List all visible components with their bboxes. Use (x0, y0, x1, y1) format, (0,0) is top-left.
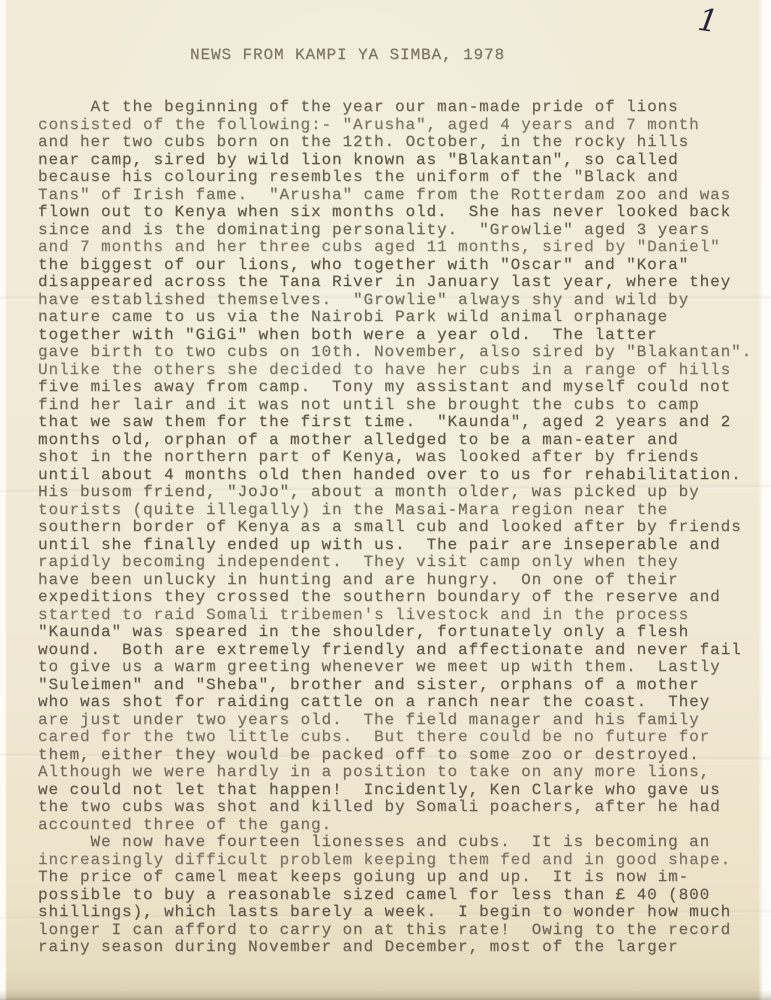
document-line: we could not let that happen! Incidently… (38, 782, 757, 800)
document-line: until about 4 months old then handed ove… (38, 467, 757, 485)
document-line: consisted of the following:- "Arusha", a… (38, 117, 757, 135)
document-line: We now have fourteen lionesses and cubs.… (38, 834, 757, 852)
document-line: who was shot for raiding cattle on a ran… (38, 694, 757, 712)
document-line: southern border of Kenya as a small cub … (38, 519, 757, 537)
document-line: wound. Both are extremely friendly and a… (38, 642, 757, 660)
document-line: rapidly becoming independent. They visit… (38, 554, 757, 572)
document-line: months old, orphan of a mother alledged … (38, 432, 757, 450)
document-line: Tans" of Irish fame. "Arusha" came from … (38, 187, 757, 205)
document-line: near camp, sired by wild lion known as "… (38, 152, 757, 170)
document-line: have established themselves. "Growlie" a… (38, 292, 757, 310)
document-line: started to raid Somali tribemen's livest… (38, 607, 757, 625)
document-line: them, either they would be packed off to… (38, 747, 757, 765)
scan-edge-left (0, 0, 7, 1000)
document-line: and her two cubs born on the 12th. Octob… (38, 134, 757, 152)
document-line: until she finally ended up with us. The … (38, 537, 757, 555)
document-line: are just under two years old. The field … (38, 712, 757, 730)
document-line: to give us a warm greeting whenever we m… (38, 659, 757, 677)
letter-body: At the beginning of the year our man-mad… (38, 99, 757, 957)
document-line: The price of camel meat keeps goiung up … (38, 869, 757, 887)
document-line: expeditions they crossed the southern bo… (38, 589, 757, 607)
document-line: gave birth to two cubs on 10th. November… (38, 344, 757, 362)
document-line: Although we were hardly in a position to… (38, 764, 757, 782)
document-line: have been unlucky in hunting and are hun… (38, 572, 757, 590)
document-line: accounted three of the gang. (38, 817, 757, 835)
document-line: rainy season during November and Decembe… (38, 939, 757, 957)
document-line: the two cubs was shot and killed by Soma… (38, 799, 757, 817)
document-line: His busom friend, "JoJo", about a month … (38, 484, 757, 502)
document-line: tourists (quite illegally) in the Masai-… (38, 502, 757, 520)
document-line: and 7 months and her three cubs aged 11 … (38, 239, 757, 257)
document-line: disappeared across the Tana River in Jan… (38, 274, 757, 292)
paper-bottom-edge-shadow (0, 990, 771, 1000)
document-line: longer I can afford to carry on at this … (38, 922, 757, 940)
document-line: "Kaunda" was speared in the shoulder, fo… (38, 624, 757, 642)
handwritten-page-number: 1 (696, 5, 720, 39)
document-line: since and is the dominating personality.… (38, 222, 757, 240)
document-line: "Suleimen" and "Sheba", brother and sist… (38, 677, 757, 695)
document-line: shot in the northern part of Kenya, was … (38, 449, 757, 467)
document-line: Unlike the others she decided to have he… (38, 362, 757, 380)
document-line: increasingly difficult problem keeping t… (38, 852, 757, 870)
document-line: the biggest of our lions, who together w… (38, 257, 757, 275)
document-line: five miles away from camp. Tony my assis… (38, 379, 757, 397)
document-line: shillings), which lasts barely a week. I… (38, 904, 757, 922)
scanned-letter-page: 1 NEWS FROM KAMPI YA SIMBA, 1978 At the … (0, 0, 771, 1000)
document-line: together with "GiGi" when both were a ye… (38, 327, 757, 345)
document-line: At the beginning of the year our man-mad… (38, 99, 757, 117)
document-line: find her lair and it was not until she b… (38, 397, 757, 415)
document-line: cared for the two little cubs. But there… (38, 729, 757, 747)
document-line: possible to buy a reasonable sized camel… (38, 887, 757, 905)
letter-title: NEWS FROM KAMPI YA SIMBA, 1978 (190, 46, 505, 64)
document-line: that we saw them for the first time. "Ka… (38, 414, 757, 432)
document-line: because his colouring resembles the unif… (38, 169, 757, 187)
document-line: flown out to Kenya when six months old. … (38, 204, 757, 222)
scan-edge-right (758, 0, 771, 1000)
document-line: nature came to us via the Nairobi Park w… (38, 309, 757, 327)
